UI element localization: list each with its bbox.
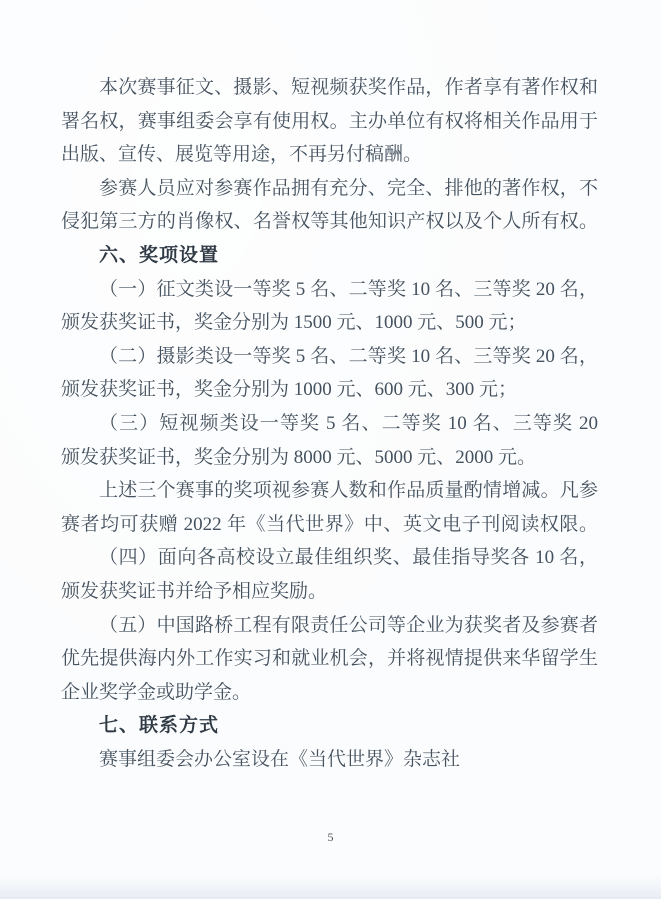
- text-line: （一）征文类设一等奖 5 名、二等奖 10 名、三等奖 20 名，: [61, 273, 598, 307]
- text-line: 侵犯第三方的肖像权、名誉权等其他知识产权以及个人所有权。: [61, 205, 598, 239]
- document-page: 本次赛事征文、摄影、短视频获奖作品，作者享有著作权和署名权，赛事组委会享有使用权…: [0, 0, 661, 899]
- scan-shadow: [0, 875, 661, 899]
- text-line: （五）中国路桥工程有限责任公司等企业为获奖者及参赛者: [61, 609, 598, 643]
- text-line: 赛事组委会办公室设在《当代世界》杂志社: [61, 743, 598, 777]
- text-line: （四）面向各高校设立最佳组织奖、最佳指导奖各 10 名，: [61, 541, 598, 575]
- text-line: 本次赛事征文、摄影、短视频获奖作品，作者享有著作权和: [61, 71, 598, 105]
- text-line: （三）短视频类设一等奖 5 名、二等奖 10 名、三等奖 20 名，: [61, 407, 598, 441]
- document-body: 本次赛事征文、摄影、短视频获奖作品，作者享有著作权和署名权，赛事组委会享有使用权…: [61, 71, 598, 776]
- text-line: 企业奖学金或助学金。: [61, 676, 598, 710]
- text-line: 赛者均可获赠 2022 年《当代世界》中、英文电子刊阅读权限。: [61, 508, 598, 542]
- text-line: （二）摄影类设一等奖 5 名、二等奖 10 名、三等奖 20 名，: [61, 340, 598, 374]
- text-line: 出版、宣传、展览等用途，不再另付稿酬。: [61, 138, 598, 172]
- section-heading: 七、联系方式: [61, 709, 598, 743]
- section-heading: 六、奖项设置: [61, 239, 598, 273]
- text-line: 参赛人员应对参赛作品拥有充分、完全、排他的著作权，不: [61, 172, 598, 206]
- text-line: 上述三个赛事的奖项视参赛人数和作品质量酌情增减。凡参: [61, 474, 598, 508]
- text-line: 颁发获奖证书并给予相应奖励。: [61, 575, 598, 609]
- page-number: 5: [0, 830, 661, 845]
- text-line: 颁发获奖证书，奖金分别为 1500 元、1000 元、500 元；: [61, 306, 598, 340]
- scanned-document-page: { "page": { "number": "5", "colors": { "…: [0, 0, 661, 899]
- text-line: 颁发获奖证书，奖金分别为 8000 元、5000 元、2000 元。: [61, 441, 598, 475]
- text-line: 优先提供海内外工作实习和就业机会，并将视情提供来华留学生: [61, 642, 598, 676]
- text-line: 署名权，赛事组委会享有使用权。主办单位有权将相关作品用于: [61, 105, 598, 139]
- text-line: 颁发获奖证书，奖金分别为 1000 元、600 元、300 元；: [61, 373, 598, 407]
